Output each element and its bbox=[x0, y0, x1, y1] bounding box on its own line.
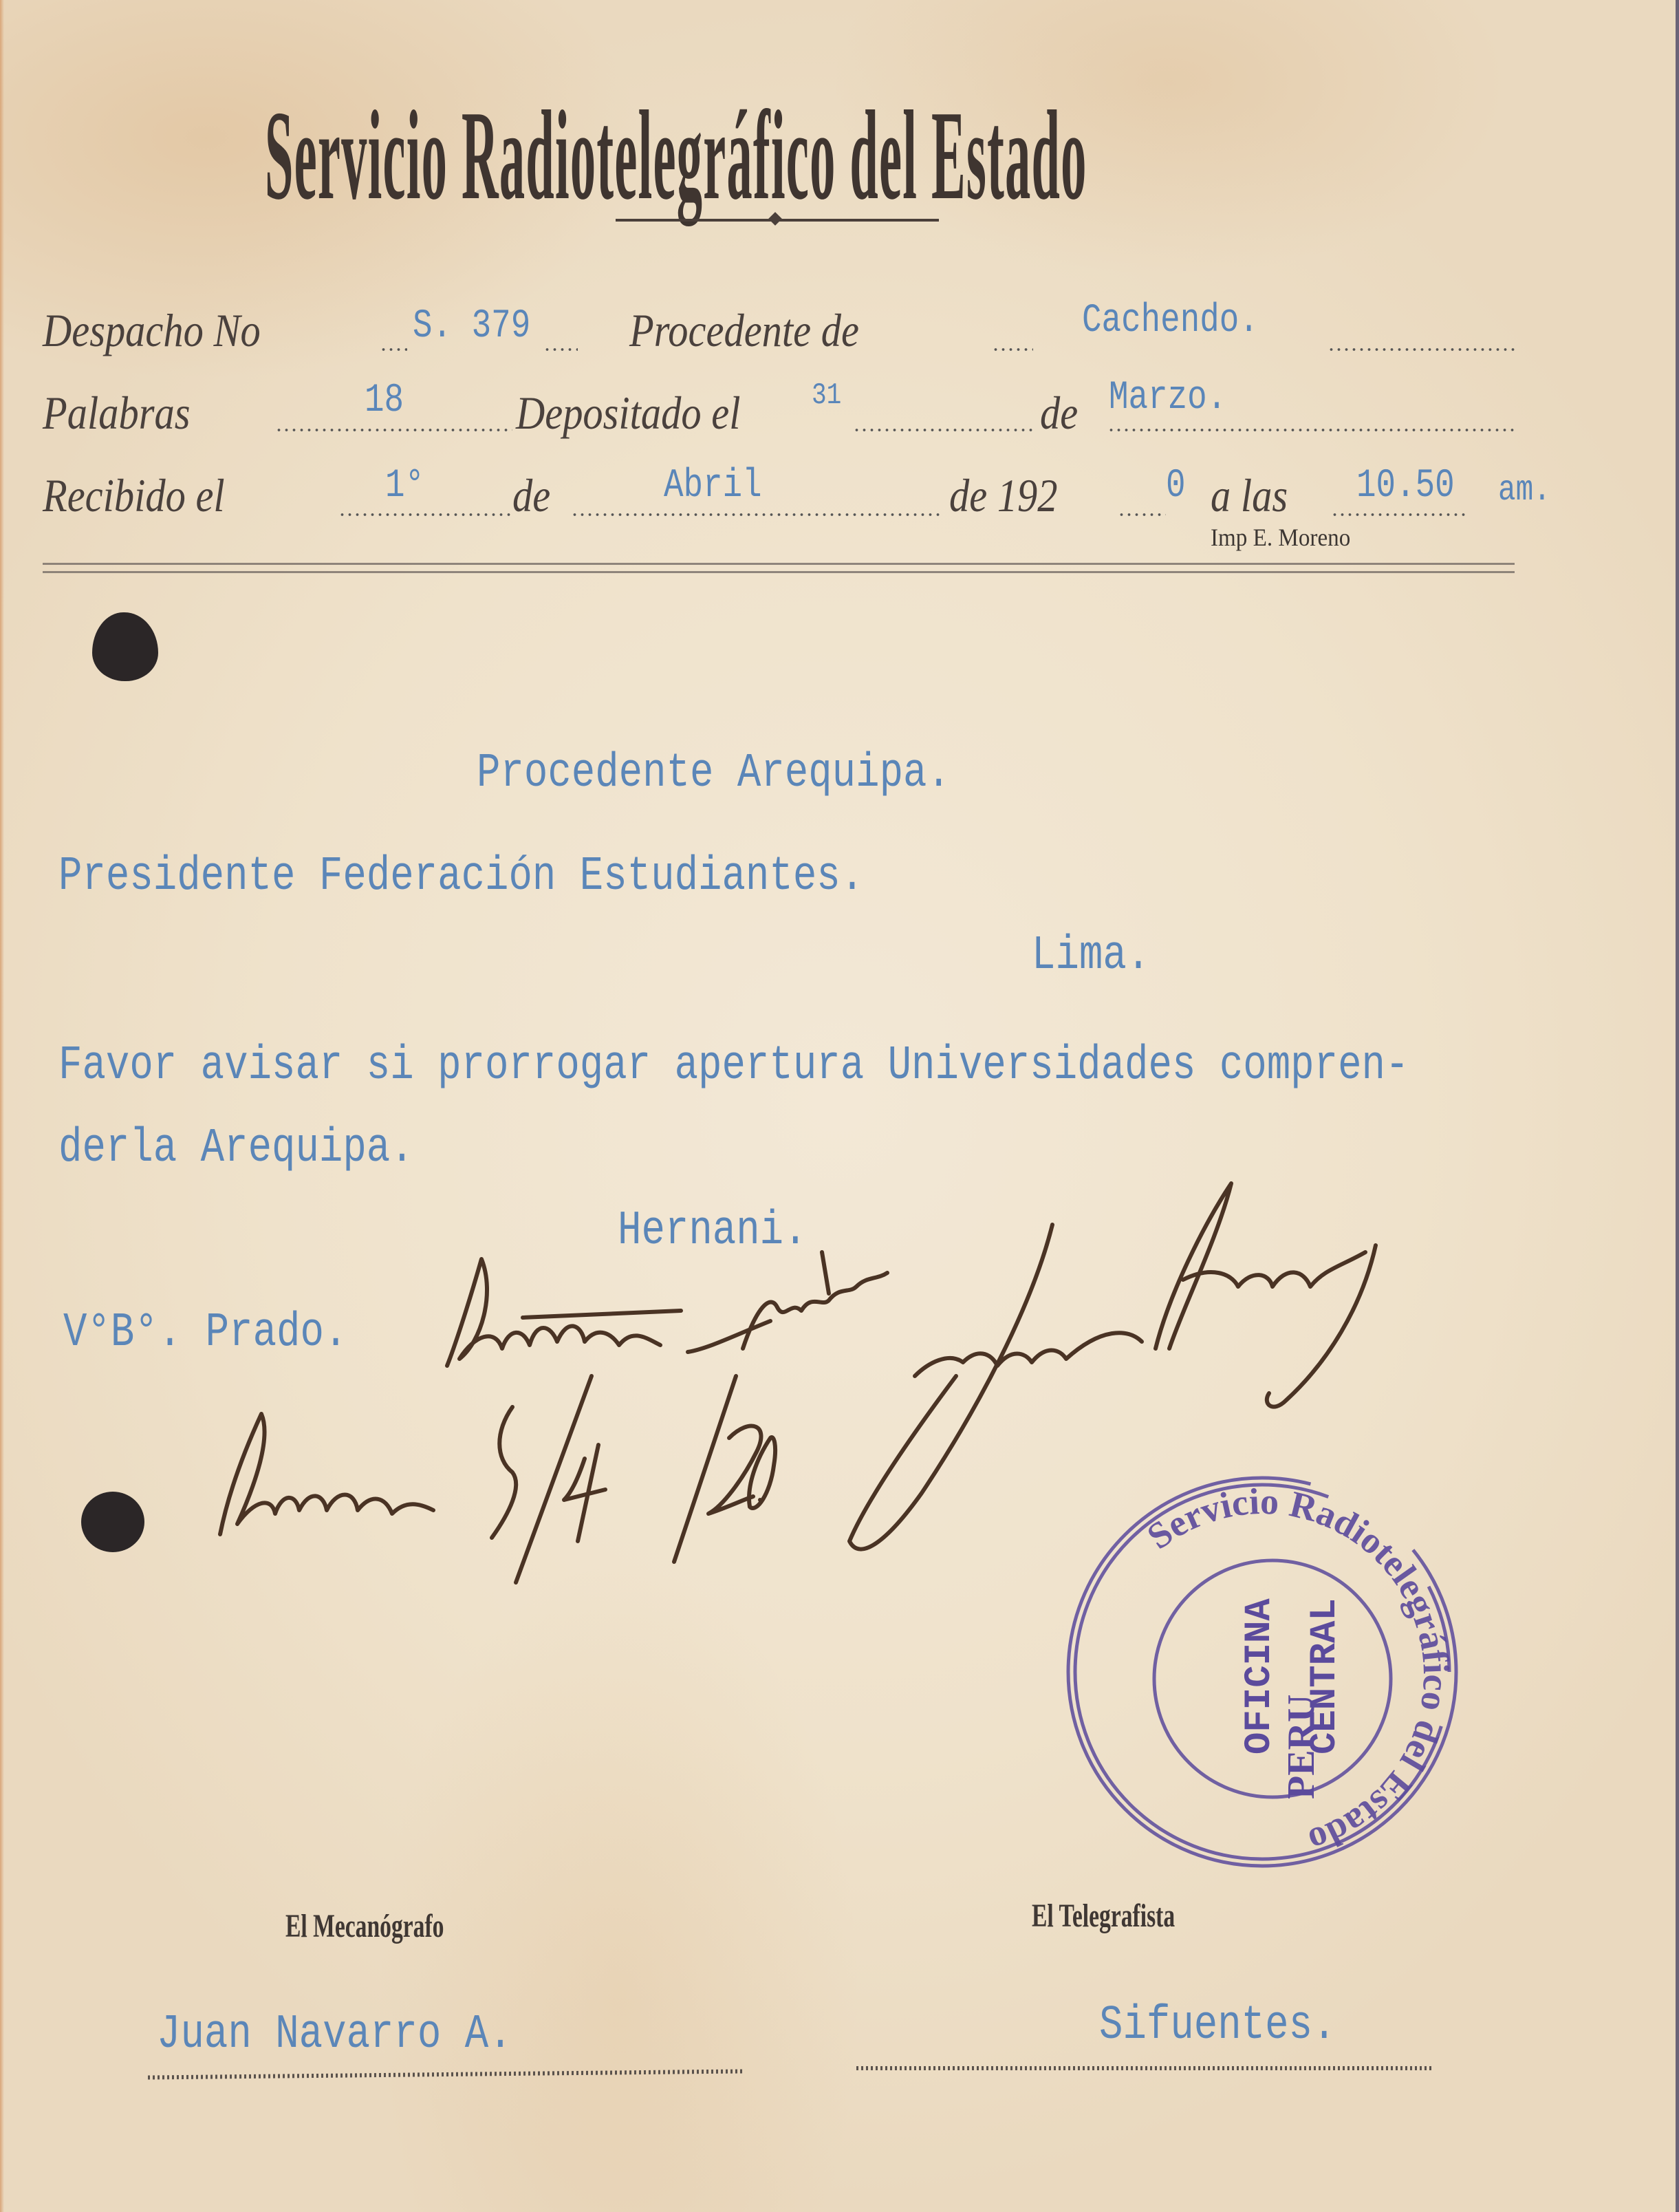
typist-name: Juan Navarro A. bbox=[157, 2008, 512, 2063]
office-stamp: Servicio Radiotelegráfico del Estado PER… bbox=[1059, 1472, 1465, 1878]
stamp-inner-line-1: OFICINA bbox=[1239, 1598, 1281, 1754]
telegraphist-signature-line bbox=[856, 2066, 1434, 2070]
telegraphist-label: El Telegrafista bbox=[1032, 1896, 1175, 1937]
stamp-inner-line-2: CENTRAL bbox=[1304, 1598, 1346, 1754]
telegraphist-name: Sifuentes. bbox=[1099, 1999, 1336, 2054]
svg-text:Servicio Radiotelegráfico del: Servicio Radiotelegráfico del Estado bbox=[1140, 1481, 1457, 1862]
stamp-outer-text: Servicio Radiotelegráfico del Estado bbox=[1140, 1481, 1457, 1862]
handwritten-annotations bbox=[0, 0, 1679, 2212]
typist-label: El Mecanógrafo bbox=[285, 1906, 444, 1947]
